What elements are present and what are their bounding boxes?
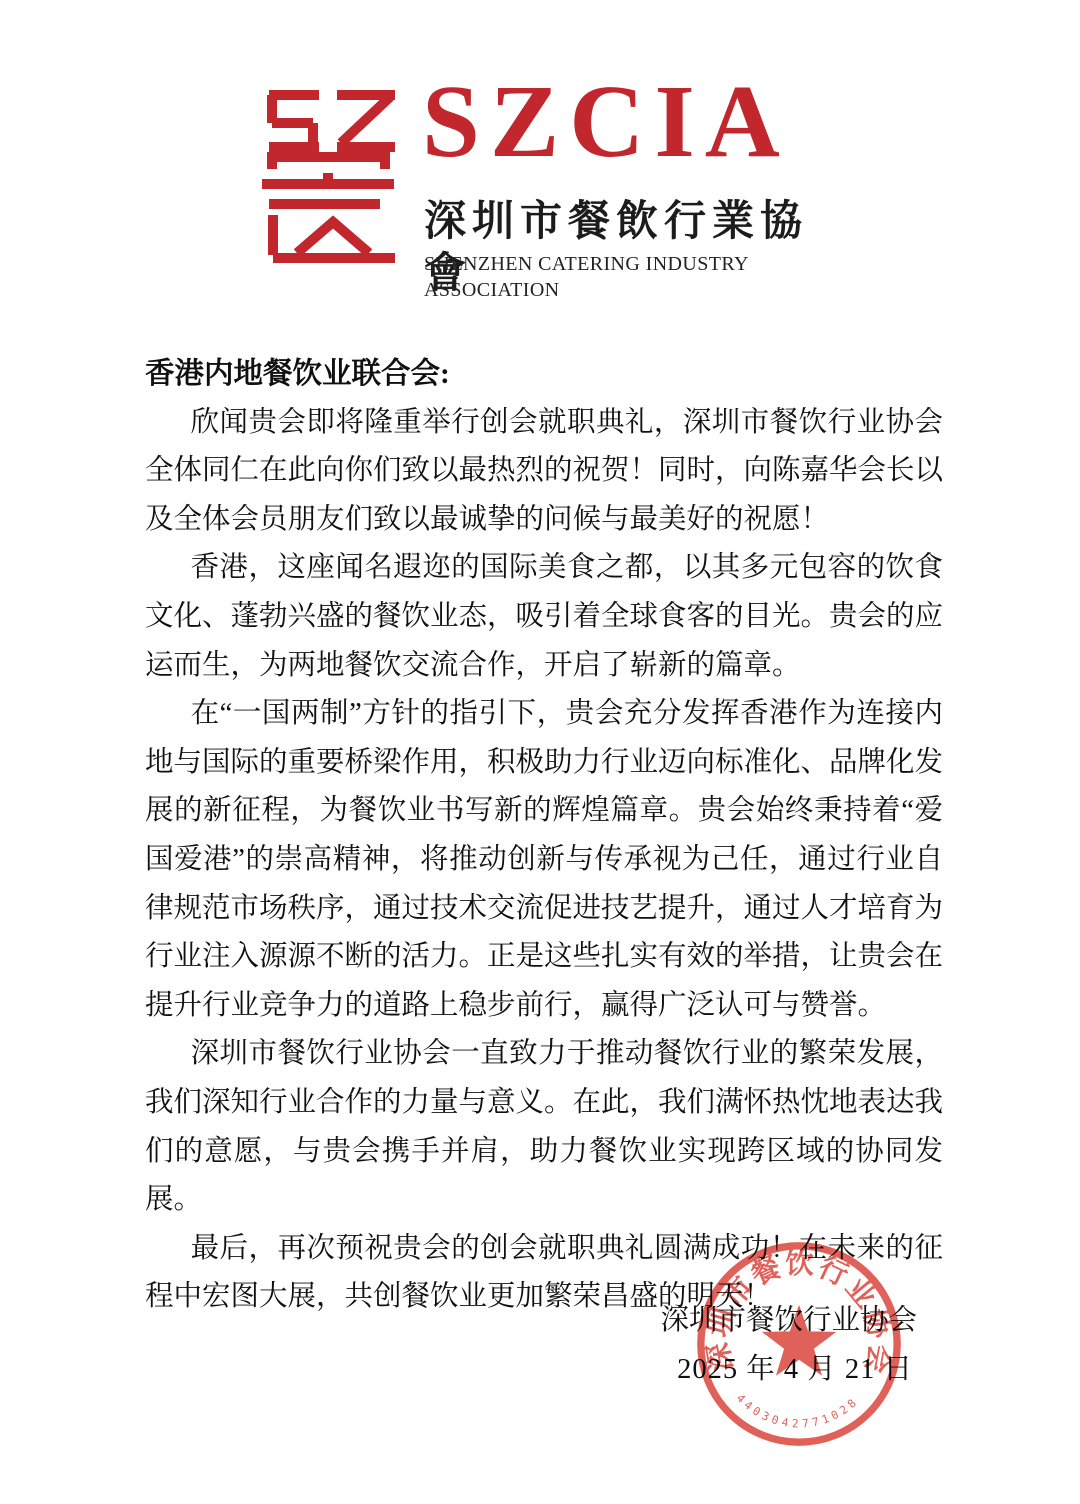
logo-short-name: SZCIA bbox=[422, 62, 852, 182]
svg-text:4403042771028: 4403042771028 bbox=[734, 1392, 862, 1431]
paragraph-3: 在“一国两制”方针的指引下，贵会充分发挥香港作为连接内地与国际的重要桥梁作用，积… bbox=[145, 690, 943, 1030]
signature-date: 2025 年 4 月 21 日 bbox=[497, 1346, 917, 1395]
letter-body: 香港内地餐饮业联合会: 欣闻贵会即将隆重举行创会就职典礼，深圳市餐饮行业协会全体… bbox=[145, 350, 943, 1322]
paragraph-1: 欣闻贵会即将隆重举行创会就职典礼，深圳市餐饮行业协会全体同仁在此向你们致以最热烈… bbox=[145, 399, 943, 545]
stamp-serial-number: 4403042771028 bbox=[734, 1392, 862, 1431]
letterhead: SZCIA 深圳市餐飲行業協會 SHENZHEN CATERING INDUST… bbox=[0, 0, 1080, 310]
signature-organization: 深圳市餐饮行业协会 bbox=[497, 1297, 917, 1346]
paragraph-4: 深圳市餐饮行业协会一直致力于推动餐饮行业的繁荣发展，我们深知行业合作的力量与意义… bbox=[145, 1030, 943, 1224]
szcia-logo-icon bbox=[257, 85, 399, 273]
logo-english-name: SHENZHEN CATERING INDUSTRY ASSOCIATION bbox=[424, 251, 844, 303]
salutation: 香港内地餐饮业联合会: bbox=[145, 350, 943, 399]
signature-block: 深圳市餐饮行业协会 2025 年 4 月 21 日 bbox=[497, 1297, 917, 1394]
letter-page: SZCIA 深圳市餐飲行業協會 SHENZHEN CATERING INDUST… bbox=[0, 0, 1080, 1504]
paragraph-2: 香港，这座闻名遐迩的国际美食之都，以其多元包容的饮食文化、蓬勃兴盛的餐饮业态，吸… bbox=[145, 544, 943, 690]
